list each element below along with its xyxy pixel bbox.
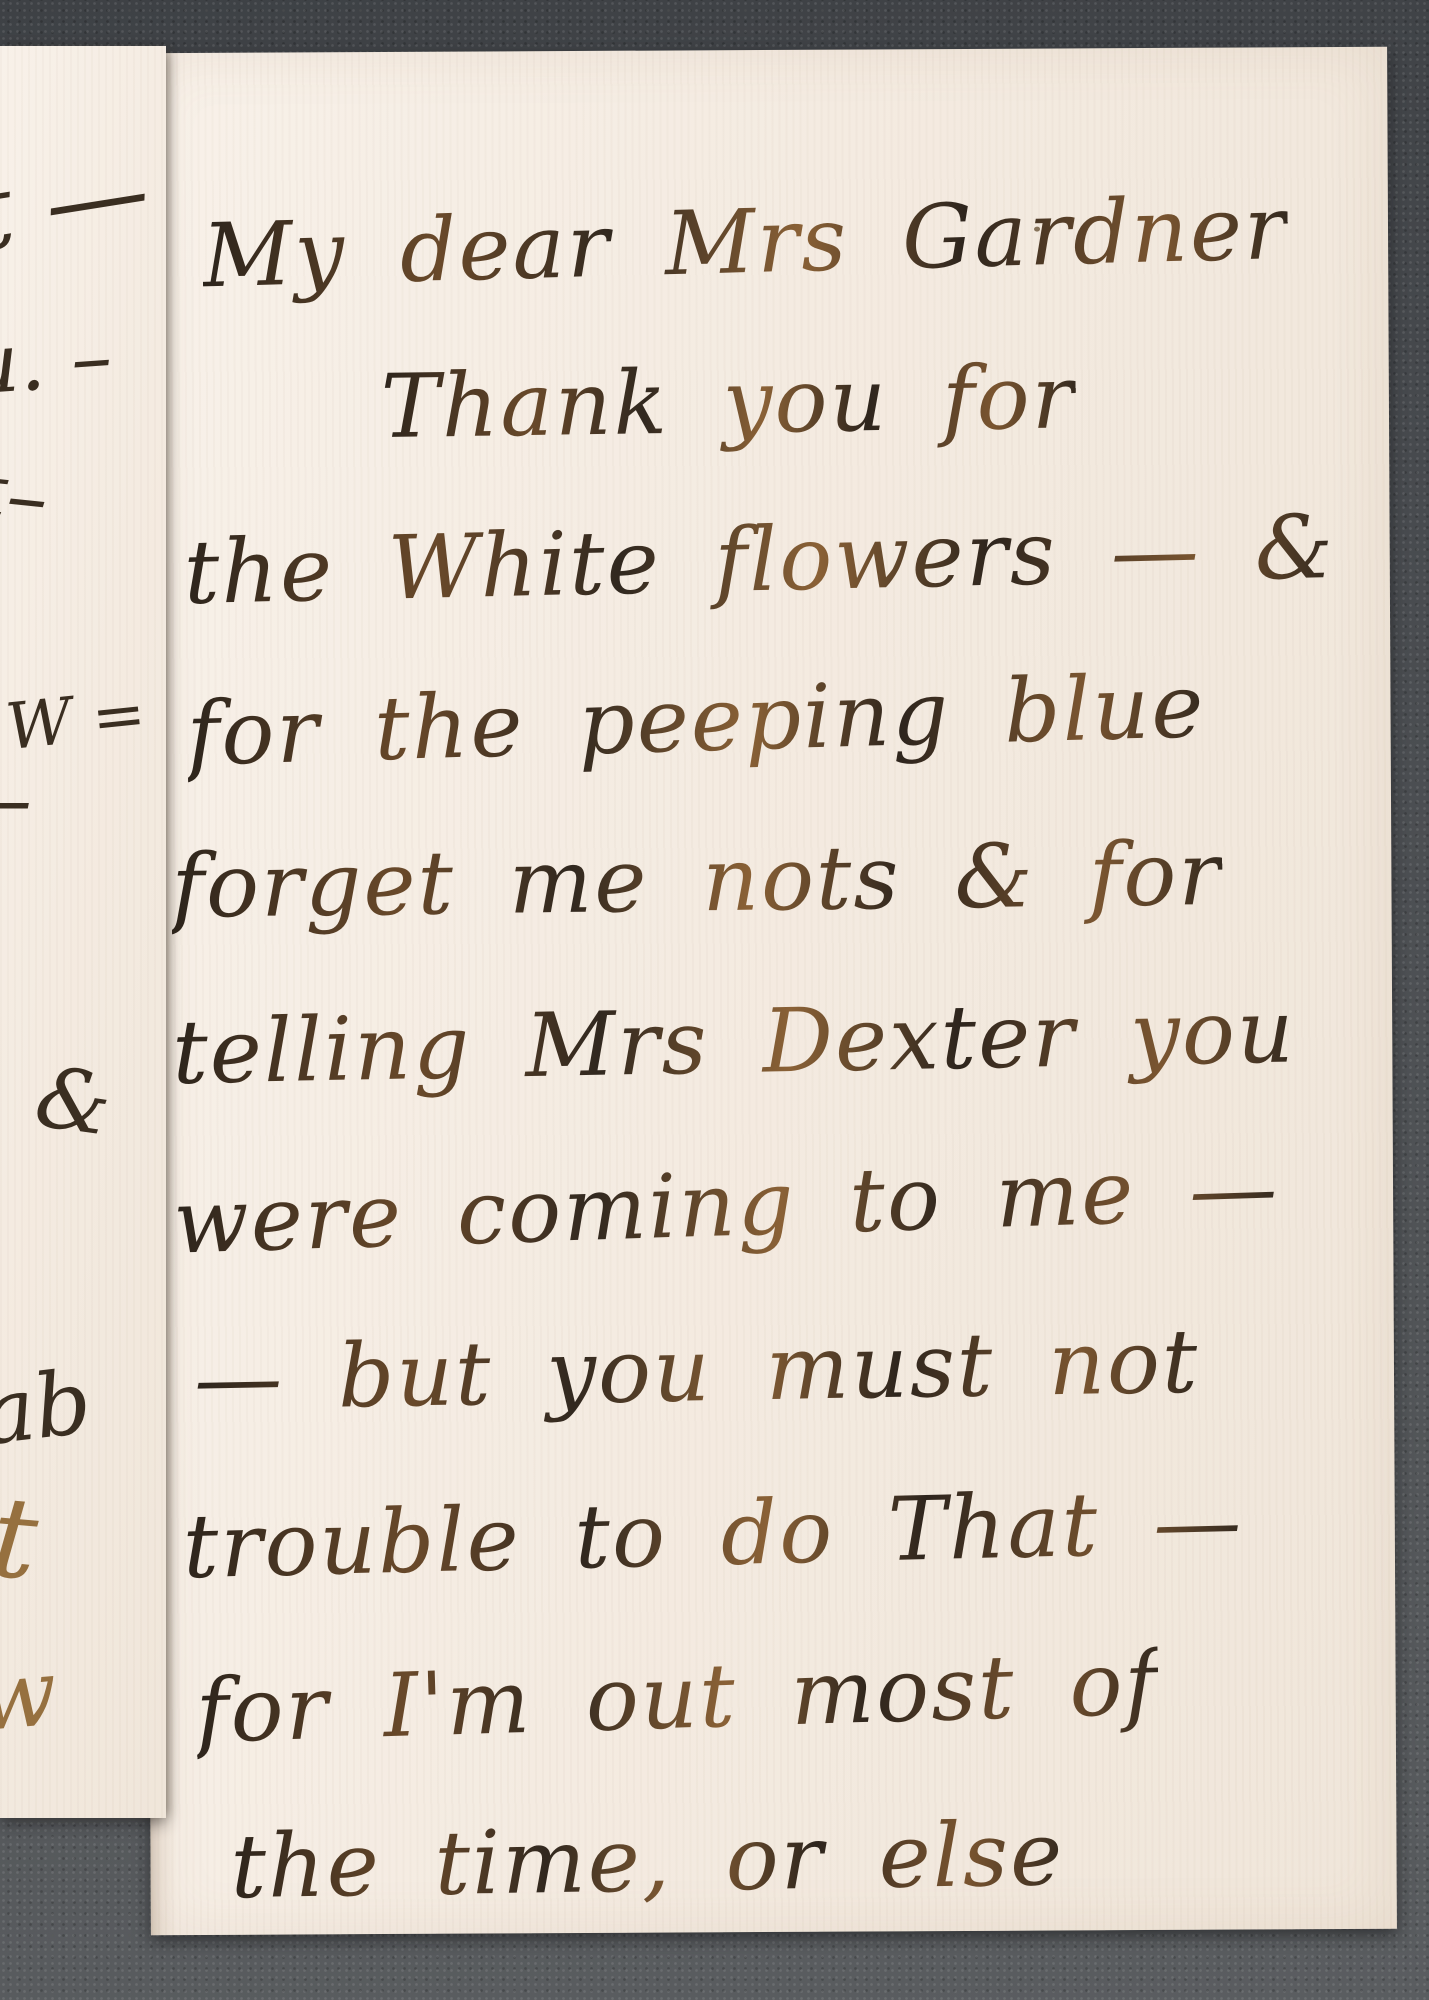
pen-stroke-fragment: t — bbox=[0, 128, 157, 276]
letter-line: Thank you for bbox=[380, 345, 1076, 458]
letter-line: — but you must not bbox=[193, 1310, 1200, 1431]
letter-line-salutation: My dear Mrs Gardner bbox=[201, 176, 1289, 307]
letter-line: for the peeping blue bbox=[185, 654, 1206, 785]
letter-line: were coming to me — bbox=[172, 1136, 1281, 1274]
photo-background: t — u. – t– W = – & ab t w My dear Mrs G… bbox=[0, 0, 1429, 2000]
letter-body: My dear Mrs Gardner Thank you for the Wh… bbox=[141, 47, 1397, 1935]
pen-stroke-fragment: & bbox=[30, 1047, 118, 1154]
letter-line: the time, or else bbox=[230, 1802, 1065, 1918]
pen-stroke-fragment: t bbox=[0, 1472, 43, 1605]
pen-stroke-fragment: ab bbox=[0, 1350, 97, 1465]
left-page-sliver: t — u. – t– W = – & ab t w bbox=[0, 46, 166, 1818]
letter-line: trouble to do That — bbox=[182, 1469, 1245, 1598]
pen-stroke-fragment: u. – bbox=[0, 309, 115, 414]
letter-line: the White flowers — & bbox=[183, 495, 1336, 624]
letter-line: telling Mrs Dexter you bbox=[171, 979, 1296, 1104]
letter-line: forget me nots & for bbox=[171, 822, 1223, 938]
pen-stroke-fragment: – bbox=[0, 750, 32, 848]
pen-stroke-fragment: w bbox=[0, 1639, 61, 1752]
pen-stroke-fragment: t– bbox=[0, 444, 53, 546]
letter-page: My dear Mrs Gardner Thank you for the Wh… bbox=[141, 47, 1397, 1935]
letter-line: for I'm out most of bbox=[194, 1631, 1160, 1763]
